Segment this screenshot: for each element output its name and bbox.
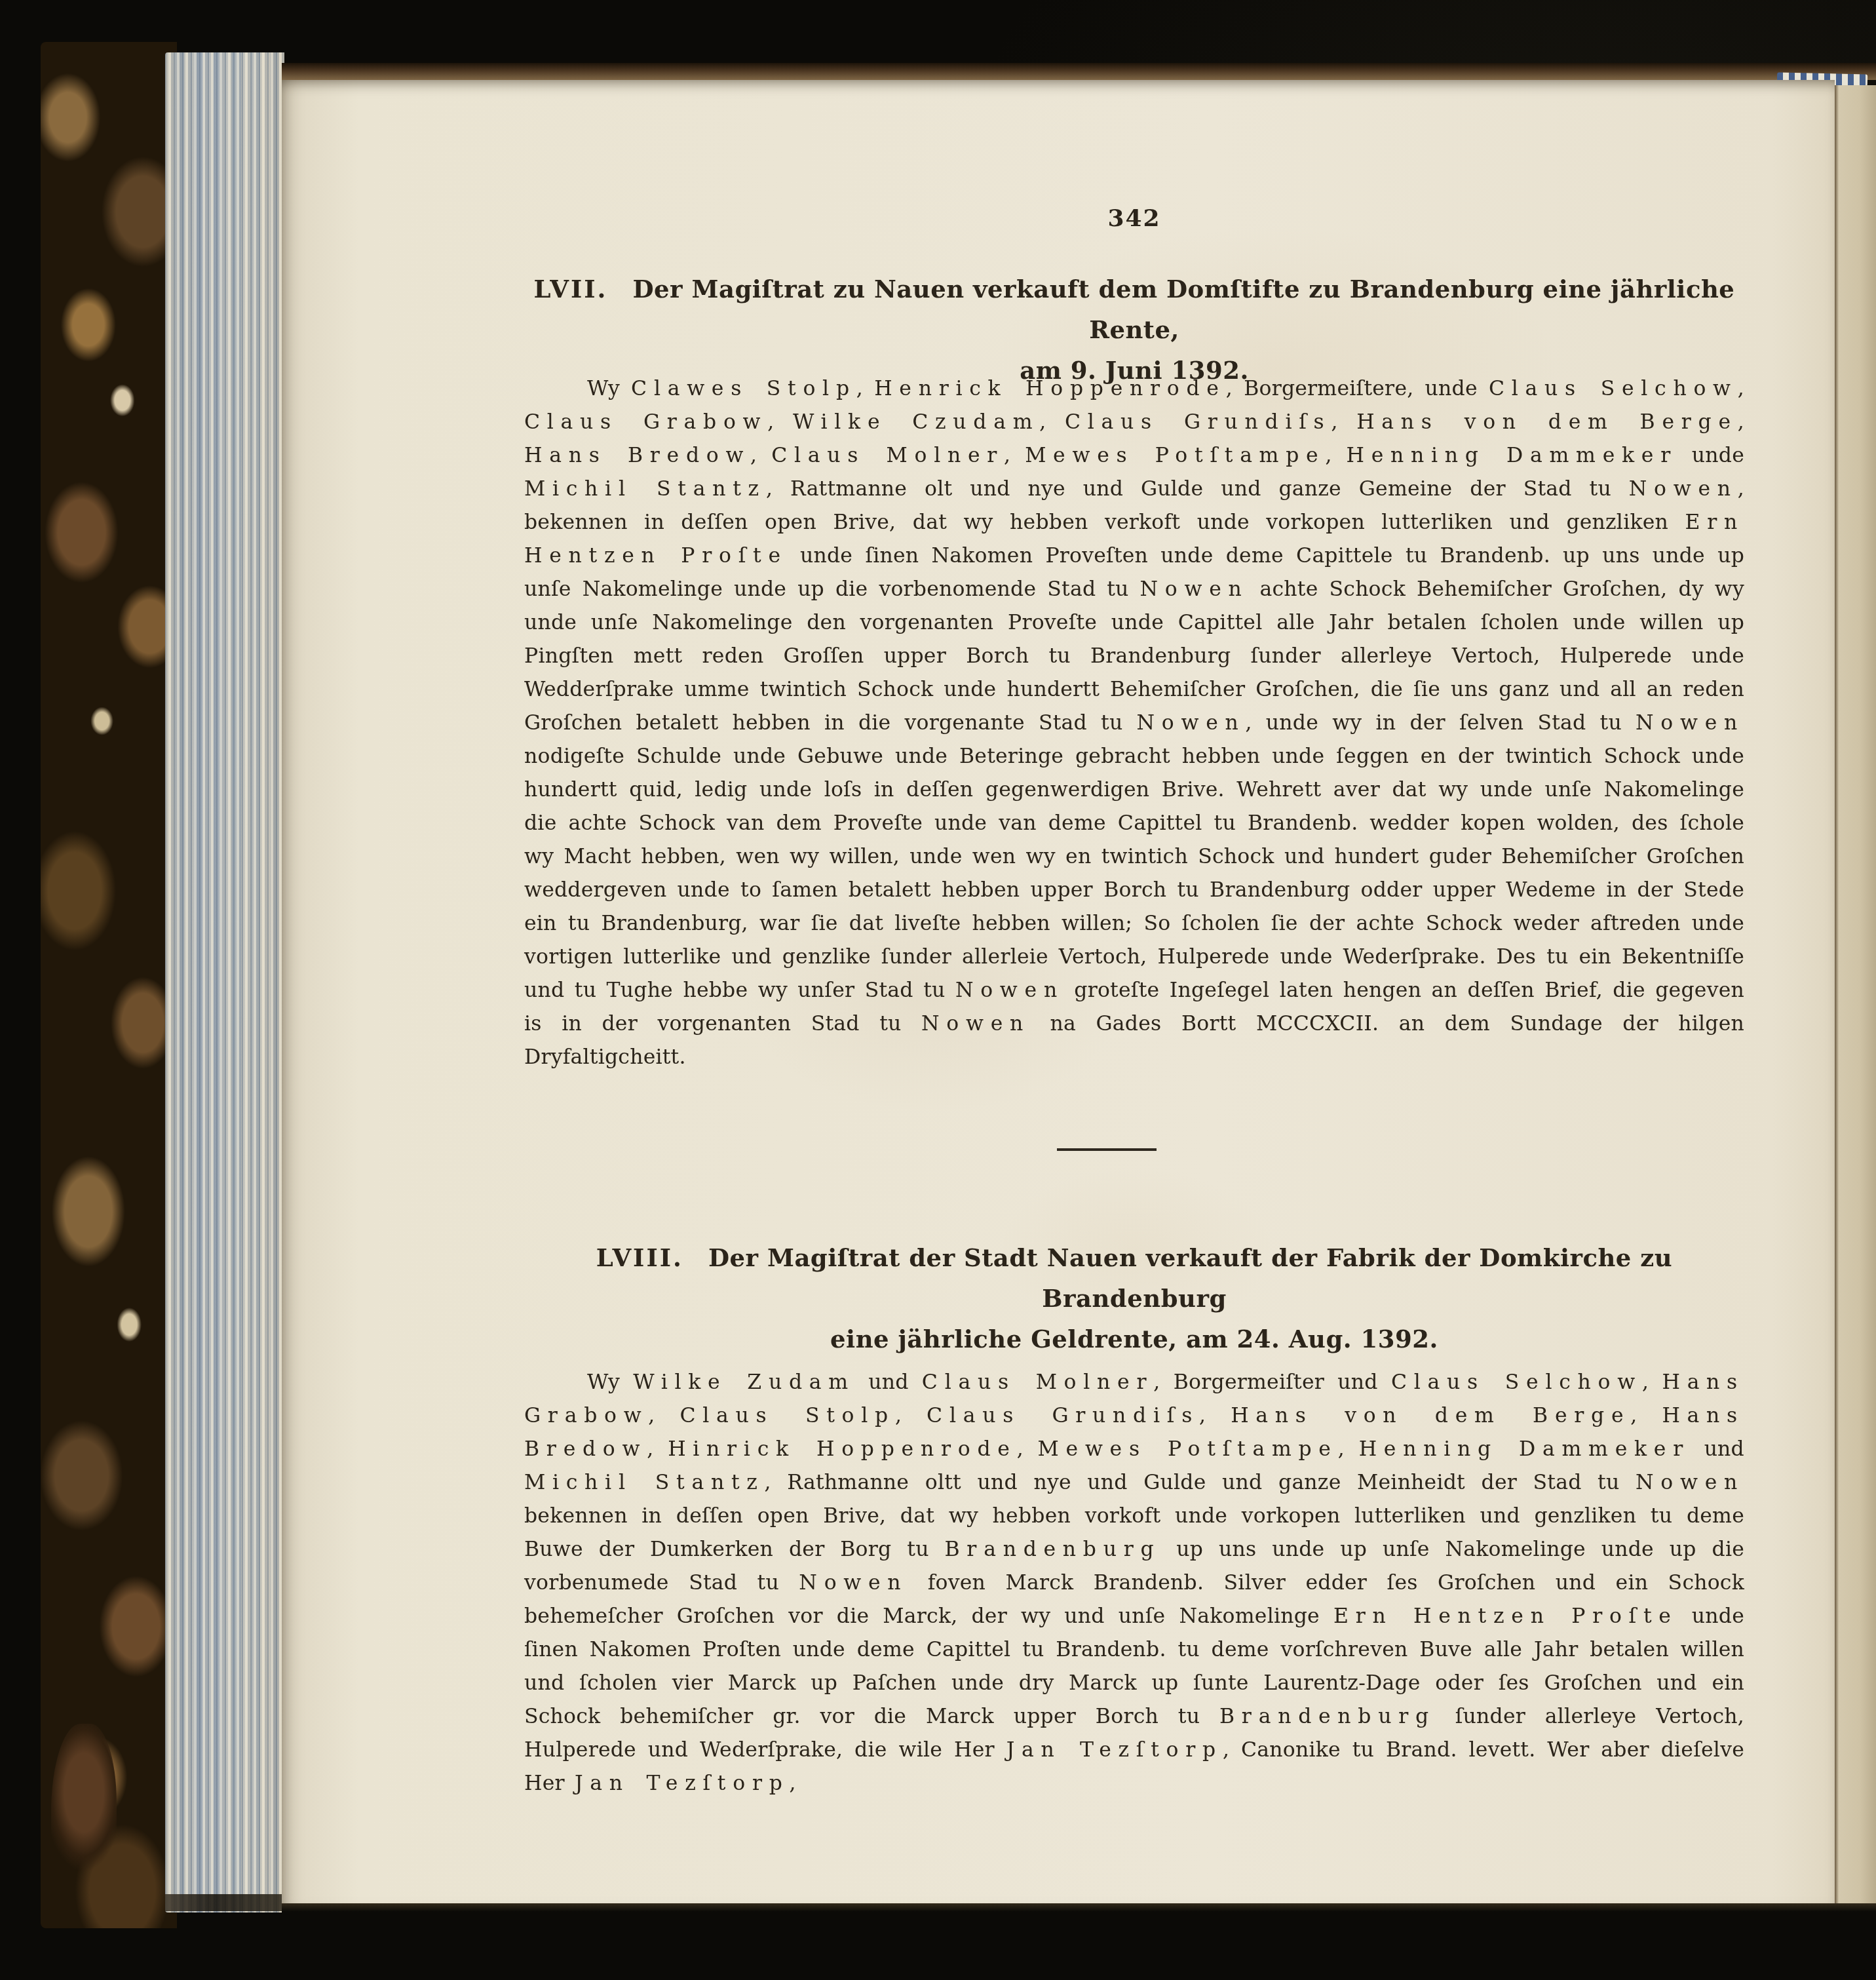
section-title-line1: Der Magiſtrat der Stadt Nauen verkauft d… xyxy=(708,1243,1672,1313)
marbled-cover-edge xyxy=(41,42,177,1928)
section-title-line1: Der Magiſtrat zu Nauen verkauft dem Domſ… xyxy=(632,275,1734,344)
section-divider-rule xyxy=(1057,1148,1157,1151)
page-stack-bottom-shadow xyxy=(165,1894,284,1911)
book-page: 342 LVII.Der Magiſtrat zu Nauen verkauft… xyxy=(282,80,1835,1909)
book-photo: 342 LVII.Der Magiſtrat zu Nauen verkauft… xyxy=(0,0,1876,1980)
page-number: 342 xyxy=(524,204,1744,232)
section-title-line2: eine jährliche Geldrente, am 24. Aug. 13… xyxy=(524,1319,1744,1359)
leather-cover-corner xyxy=(51,1724,117,1920)
section-numeral: LVIII. xyxy=(596,1243,683,1272)
page-stack-fore-edge xyxy=(165,52,284,1912)
section-numeral: LVII. xyxy=(534,275,608,303)
section-heading-lviii: LVIII.Der Magiſtrat der Stadt Nauen verk… xyxy=(524,1237,1744,1359)
next-page-edge xyxy=(1835,85,1876,1903)
charter-text-lvii: Wy Clawes Stolp, Henrick Hoppenrode, Bor… xyxy=(524,372,1744,1074)
charter-text-lviii: Wy Wilke Zudam und Claus Molner, Borgerm… xyxy=(524,1366,1744,1800)
book-top-edge xyxy=(282,63,1876,80)
page-bottom-shadow xyxy=(282,1903,1876,1912)
